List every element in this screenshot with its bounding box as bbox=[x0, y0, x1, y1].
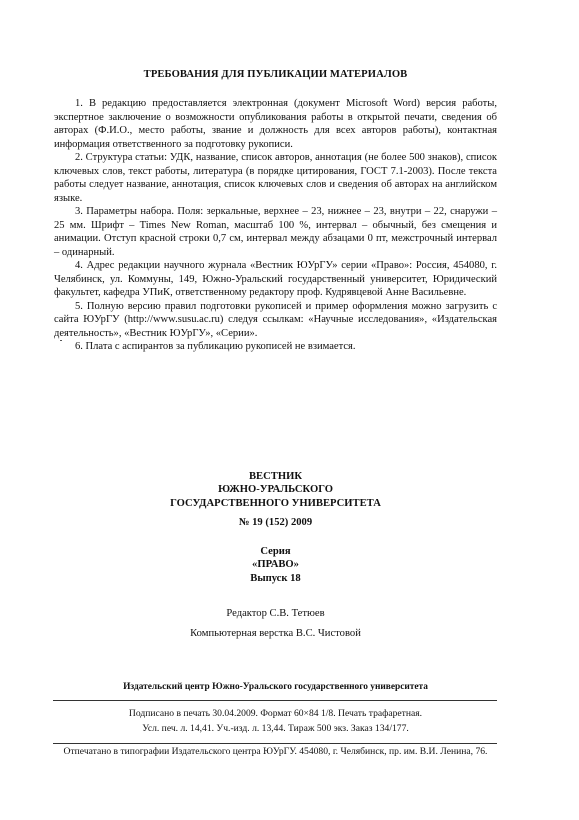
series-name: «ПРАВО» bbox=[54, 558, 497, 571]
journal-masthead: ВЕСТНИК ЮЖНО-УРАЛЬСКОГО ГОСУДАРСТВЕННОГО… bbox=[54, 470, 497, 529]
divider bbox=[53, 700, 497, 701]
divider bbox=[53, 743, 497, 744]
requirements-title: ТРЕБОВАНИЯ ДЛЯ ПУБЛИКАЦИИ МАТЕРИАЛОВ bbox=[54, 69, 497, 80]
requirement-item: 6. Плата с аспирантов за публикацию руко… bbox=[54, 340, 497, 354]
document-page: ТРЕБОВАНИЯ ДЛЯ ПУБЛИКАЦИИ МАТЕРИАЛОВ 1. … bbox=[0, 0, 579, 820]
masthead-line: ЮЖНО-УРАЛЬСКОГО bbox=[54, 483, 497, 496]
imprint-block: Подписано в печать 30.04.2009. Формат 60… bbox=[54, 706, 497, 736]
publisher-name: Издательский центр Южно-Уральского госуд… bbox=[54, 682, 497, 692]
printer-info: Отпечатано в типографии Издательского це… bbox=[40, 746, 511, 757]
requirement-item: 4. Адрес редакции научного журнала «Вест… bbox=[54, 259, 497, 300]
imprint-line: Усл. печ. л. 14,41. Уч.-изд. л. 13,44. Т… bbox=[54, 721, 497, 736]
masthead-line: ВЕСТНИК bbox=[54, 470, 497, 483]
layout-credit: Компьютерная верстка В.С. Чистовой bbox=[54, 624, 497, 644]
requirement-item: 3. Параметры набора. Поля: зеркальные, в… bbox=[54, 205, 497, 259]
series-issue: Выпуск 18 bbox=[54, 572, 497, 585]
requirements-list: 1. В редакцию предоставляется электронна… bbox=[54, 97, 497, 354]
requirement-item: 5. Полную версию правил подготовки рукоп… bbox=[54, 300, 497, 341]
issue-number: № 19 (152) 2009 bbox=[54, 516, 497, 529]
editor-credit: Редактор С.В. Тетюев bbox=[54, 604, 497, 624]
scan-artifact bbox=[60, 340, 62, 341]
series-label: Серия bbox=[54, 545, 497, 558]
masthead-line: ГОСУДАРСТВЕННОГО УНИВЕРСИТЕТА bbox=[54, 497, 497, 510]
requirement-item: 1. В редакцию предоставляется электронна… bbox=[54, 97, 497, 151]
series-block: Серия «ПРАВО» Выпуск 18 bbox=[54, 545, 497, 585]
credits-block: Редактор С.В. Тетюев Компьютерная верстк… bbox=[54, 604, 497, 644]
requirement-item: 2. Структура статьи: УДК, название, спис… bbox=[54, 151, 497, 205]
imprint-line: Подписано в печать 30.04.2009. Формат 60… bbox=[54, 706, 497, 721]
